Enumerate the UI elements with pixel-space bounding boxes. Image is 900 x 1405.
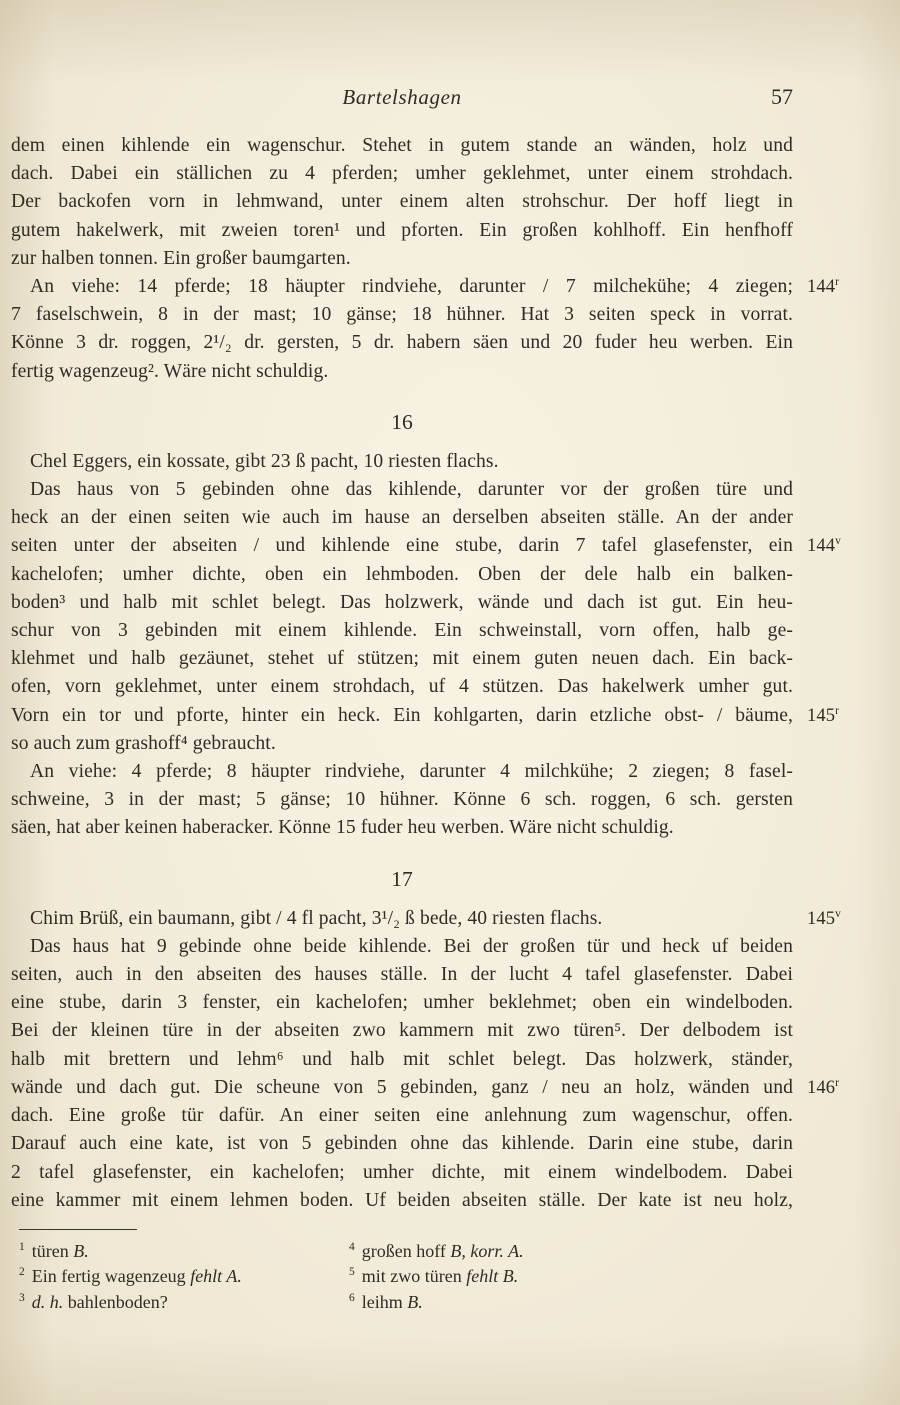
text-line: Chel Eggers, ein kossate, gibt 23 ß pach… — [11, 448, 793, 476]
folio-margin-note: 146r — [807, 1074, 839, 1102]
footnote-text: bahlenboden? — [63, 1292, 167, 1312]
text-line: halb mit brettern und lehm⁶ und halb mit… — [11, 1046, 793, 1074]
text-line: Chim Brüß, ein baumann, gibt / 4 fl pach… — [11, 905, 793, 933]
section-heading: 17 — [11, 864, 793, 894]
text-line: so auch zum grashoff⁴ gebraucht. — [11, 730, 793, 758]
text-flow: dem einen kihlende ein wagenschur. Stehe… — [11, 132, 793, 1215]
text-line: heck an der einen seiten wie auch im hau… — [11, 504, 793, 532]
folio-margin-note: 145r — [807, 702, 839, 730]
footnote: 4großen hoff B, korr. A. — [341, 1239, 793, 1265]
footnote-number: 3 — [19, 1292, 25, 1304]
text-line: Das haus hat 9 gebinde ohne beide kihlen… — [11, 933, 793, 961]
footnote: 1türen B. — [11, 1239, 341, 1265]
footnote-number: 6 — [349, 1292, 355, 1304]
footnote-text: leihm — [362, 1292, 408, 1312]
footnote-number: 2 — [19, 1266, 25, 1278]
text-line: ofen, vorn geklehmet, unter einem strohd… — [11, 673, 793, 701]
text-line: boden³ und halb mit schlet belegt. Das h… — [11, 589, 793, 617]
text-line: schweine, 3 in der mast; 5 gänse; 10 hüh… — [11, 786, 793, 814]
folio-margin-note: 145v — [807, 905, 841, 933]
footnote-text: d. h. — [32, 1292, 64, 1312]
footnote-text: B, korr. A. — [450, 1241, 523, 1261]
text-line: Vorn ein tor und pforte, hinter ein heck… — [11, 702, 793, 730]
footnote-text: B. — [73, 1241, 89, 1261]
text-line: Der backofen vorn in lehmwand, unter ein… — [11, 188, 793, 216]
text-line: Könne 3 dr. roggen, 2¹/₂ dr. gersten, 5 … — [11, 329, 793, 357]
text-line: Darauf auch eine kate, ist von 5 gebinde… — [11, 1130, 793, 1158]
running-head: Bartelshagen 57 — [11, 84, 793, 110]
folio-margin-note: 144v — [807, 532, 841, 560]
text-line: eine stube, darin 3 fenster, ein kachelo… — [11, 989, 793, 1017]
footnote-text: mit zwo türen — [362, 1266, 466, 1286]
footnote: 3d. h. bahlenboden? — [11, 1290, 341, 1316]
footnote-text: großen hoff — [362, 1241, 451, 1261]
text-line: zur halben tonnen. Ein großer baumgarten… — [11, 245, 793, 273]
text-line: Bei der kleinen türe in der abseiten zwo… — [11, 1017, 793, 1045]
text-line: wände und dach gut. Die scheune von 5 ge… — [11, 1074, 793, 1102]
text-line: An viehe: 14 pferde; 18 häupter rindvieh… — [11, 273, 793, 301]
footnote-text: B. — [407, 1292, 423, 1312]
running-head-title: Bartelshagen — [11, 84, 793, 110]
folio-margin-note: 144r — [807, 273, 839, 301]
paragraph: Das haus von 5 gebinden ohne das kihlend… — [11, 476, 793, 758]
footnotes: 1türen B.4großen hoff B, korr. A.2Ein fe… — [11, 1239, 793, 1316]
footnote-number: 4 — [349, 1241, 355, 1253]
paragraph: Chim Brüß, ein baumann, gibt / 4 fl pach… — [11, 905, 793, 933]
paragraph: An viehe: 4 pferde; 8 häupter rindviehe,… — [11, 758, 793, 843]
text-line: schur von 3 gebinden mit einem kihlende.… — [11, 617, 793, 645]
text-line: kachelofen; umher dichte, oben ein lehmb… — [11, 561, 793, 589]
paragraph: Das haus hat 9 gebinde ohne beide kihlen… — [11, 933, 793, 1215]
footnote: 5mit zwo türen fehlt B. — [341, 1264, 793, 1290]
text-line: dem einen kihlende ein wagenschur. Stehe… — [11, 132, 793, 160]
text-column: Bartelshagen 57 dem einen kihlende ein w… — [11, 84, 793, 1315]
footnote-number: 5 — [349, 1266, 355, 1278]
footnote-separator-rule — [19, 1229, 137, 1230]
footnote-text: fehlt B. — [466, 1266, 518, 1286]
text-line: klehmet und halb gezäunet, stehet uf stü… — [11, 645, 793, 673]
page-number: 57 — [771, 84, 793, 110]
paragraph: Chel Eggers, ein kossate, gibt 23 ß pach… — [11, 448, 793, 476]
footnote-text: Ein fertig wagenzeug — [32, 1266, 190, 1286]
text-line: Das haus von 5 gebinden ohne das kihlend… — [11, 476, 793, 504]
text-line: fertig wagenzeug². Wäre nicht schuldig. — [11, 358, 793, 386]
footnote: 2Ein fertig wagenzeug fehlt A. — [11, 1264, 341, 1290]
text-line: An viehe: 4 pferde; 8 häupter rindviehe,… — [11, 758, 793, 786]
text-line: 7 faselschwein, 8 in der mast; 10 gänse;… — [11, 301, 793, 329]
text-line: gutem hakelwerk, mit zweien toren¹ und p… — [11, 217, 793, 245]
text-line: seiten, auch in den abseiten des hauses … — [11, 961, 793, 989]
footnote: 6leihm B. — [341, 1290, 793, 1316]
paragraph: dem einen kihlende ein wagenschur. Stehe… — [11, 132, 793, 273]
footnote-number: 1 — [19, 1241, 25, 1253]
book-page-scan: Bartelshagen 57 dem einen kihlende ein w… — [0, 0, 900, 1405]
paragraph: An viehe: 14 pferde; 18 häupter rindvieh… — [11, 273, 793, 386]
text-line: eine kammer mit einem lehmen boden. Uf b… — [11, 1187, 793, 1215]
text-line: dach. Eine große tür dafür. An einer sei… — [11, 1102, 793, 1130]
text-line: dach. Dabei ein ställichen zu 4 pferden;… — [11, 160, 793, 188]
footnote-text: türen — [32, 1241, 73, 1261]
section-heading: 16 — [11, 407, 793, 437]
footnote-text: fehlt A. — [190, 1266, 242, 1286]
text-line: säen, hat aber keinen haberacker. Könne … — [11, 814, 793, 842]
text-line: seiten unter der abseiten / und kihlende… — [11, 532, 793, 560]
text-line: 2 tafel glasefenster, ein kachelofen; um… — [11, 1159, 793, 1187]
